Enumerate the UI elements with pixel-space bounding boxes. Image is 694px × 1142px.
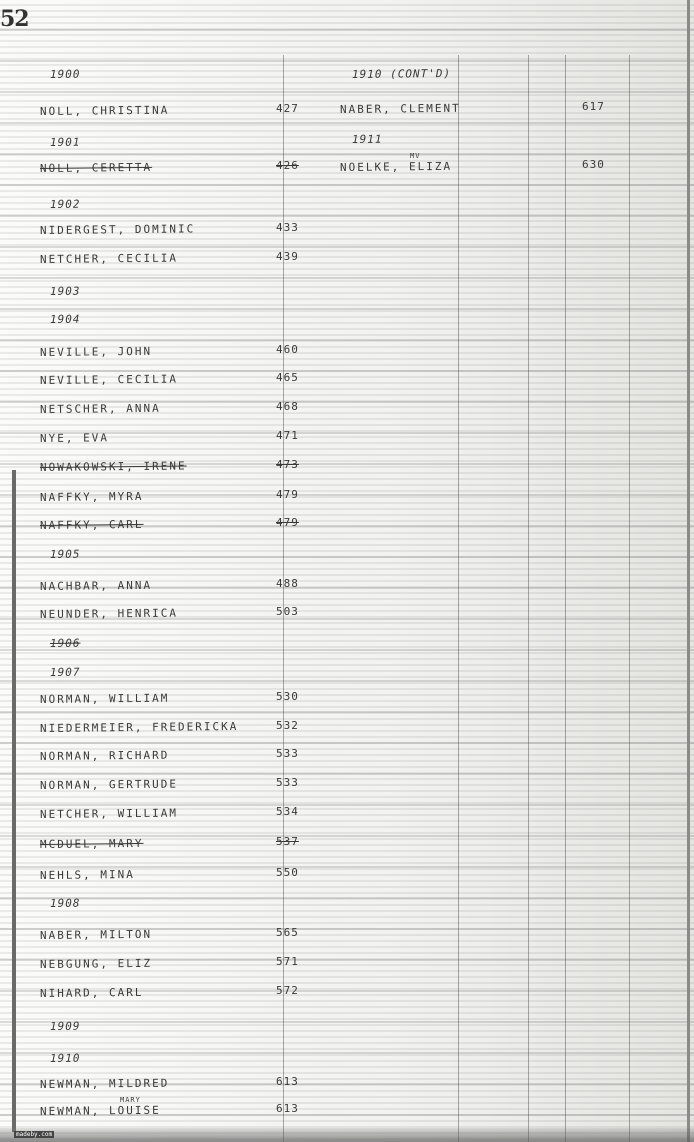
entry-number: 613 bbox=[276, 1075, 299, 1088]
page-edge bbox=[687, 0, 690, 1142]
entry-name: MCDUEL, MARY bbox=[40, 837, 144, 851]
binding-edge bbox=[12, 470, 16, 1132]
column-rule bbox=[283, 55, 284, 1142]
entry-number: 572 bbox=[276, 984, 299, 997]
entry-number: 530 bbox=[276, 690, 299, 703]
column-rule bbox=[458, 55, 459, 1142]
entry-name: NIDERGEST, DOMINIC bbox=[40, 222, 195, 237]
entry-name: NABER, CLEMENT bbox=[340, 102, 461, 116]
page-number: 52 bbox=[0, 6, 29, 32]
entry-number: 427 bbox=[276, 102, 299, 115]
year-heading: 1910 bbox=[50, 1052, 81, 1065]
entry-name: NETCHER, CECILIA bbox=[40, 252, 178, 266]
entry-number: 468 bbox=[276, 400, 299, 413]
entry-name: NEWMAN, LOUISE bbox=[40, 1104, 161, 1118]
entry-number: 471 bbox=[276, 429, 299, 442]
year-heading: 1901 bbox=[50, 136, 81, 149]
year-heading: 1908 bbox=[50, 897, 81, 910]
entry-name: NAFFKY, MYRA bbox=[40, 490, 144, 504]
entry-number: 537 bbox=[276, 835, 299, 848]
entry-name: NORMAN, WILLIAM bbox=[40, 692, 169, 706]
year-heading: 1906 bbox=[50, 637, 81, 650]
year-heading: 1900 bbox=[50, 68, 81, 81]
entry-number: 465 bbox=[276, 371, 299, 384]
entry-name: NEVILLE, CECILIA bbox=[40, 373, 178, 387]
year-heading: 1903 bbox=[50, 285, 81, 298]
entry-name: NAFFKY, CARL bbox=[40, 518, 144, 532]
entry-number: 534 bbox=[276, 805, 299, 818]
column-rule bbox=[629, 55, 630, 1142]
year-heading: 1909 bbox=[50, 1020, 81, 1033]
entry-name: NEHLS, MINA bbox=[40, 868, 135, 882]
entry-name: NEVILLE, JOHN bbox=[40, 345, 152, 359]
column-rule bbox=[528, 55, 529, 1142]
entry-name: NYE, EVA bbox=[40, 431, 109, 445]
entry-number: 630 bbox=[582, 158, 605, 171]
scan-shadow bbox=[0, 1128, 694, 1142]
entry-number: 613 bbox=[276, 1102, 299, 1115]
year-heading: 1904 bbox=[50, 313, 81, 326]
entry-name: NABER, MILTON bbox=[40, 928, 152, 942]
year-heading: 1902 bbox=[50, 198, 81, 211]
entry-number: 617 bbox=[582, 100, 605, 113]
entry-number: 550 bbox=[276, 866, 299, 879]
entry-number: 571 bbox=[276, 955, 299, 968]
entry-name: NORMAN, RICHARD bbox=[40, 749, 169, 763]
entry-name: NIHARD, CARL bbox=[40, 986, 144, 1000]
entry-name: NEBGUNG, ELIZ bbox=[40, 957, 152, 971]
entry-number: 479 bbox=[276, 488, 299, 501]
year-heading: 1907 bbox=[50, 666, 81, 679]
entry-name: NOELKE, ELIZA bbox=[340, 160, 452, 174]
entry-name: NETSCHER, ANNA bbox=[40, 402, 161, 416]
entry-name: NEUNDER, HENRICA bbox=[40, 607, 178, 621]
entry-name: NORMAN, GERTRUDE bbox=[40, 778, 178, 792]
entry-number: 503 bbox=[276, 605, 299, 618]
entry-number: 533 bbox=[276, 747, 299, 760]
entry-annotation: MARY bbox=[120, 1096, 141, 1104]
entry-number: 426 bbox=[276, 159, 299, 172]
entry-number: 532 bbox=[276, 719, 299, 732]
entry-number: 460 bbox=[276, 343, 299, 356]
entry-number: 479 bbox=[276, 516, 299, 529]
year-heading: 1910 (CONT'D) bbox=[352, 67, 451, 81]
entry-number: 433 bbox=[276, 221, 299, 234]
entry-number: 439 bbox=[276, 250, 299, 263]
entry-number: 565 bbox=[276, 926, 299, 939]
entry-number: 533 bbox=[276, 776, 299, 789]
entry-name: NOWAKOWSKI, IRENE bbox=[40, 459, 187, 474]
entry-number: 488 bbox=[276, 577, 299, 590]
entry-name: NOLL, CHRISTINA bbox=[40, 104, 169, 118]
entry-name: NOLL, CERETTA bbox=[40, 161, 152, 175]
entry-annotation: MV bbox=[410, 152, 420, 160]
entry-name: NETCHER, WILLIAM bbox=[40, 807, 178, 821]
entry-name: NACHBAR, ANNA bbox=[40, 579, 152, 593]
entry-number: 473 bbox=[276, 458, 299, 471]
year-heading: 1905 bbox=[50, 548, 81, 561]
entry-name: NEWMAN, MILDRED bbox=[40, 1077, 169, 1091]
entry-name: NIEDERMEIER, FREDERICKA bbox=[40, 720, 238, 735]
ledger-page: 52 1900NOLL, CHRISTINA4271901NOLL, CERET… bbox=[0, 0, 694, 1142]
column-rule bbox=[565, 55, 566, 1142]
footer-watermark: madeby.com bbox=[14, 1131, 54, 1138]
year-heading: 1911 bbox=[352, 133, 383, 146]
